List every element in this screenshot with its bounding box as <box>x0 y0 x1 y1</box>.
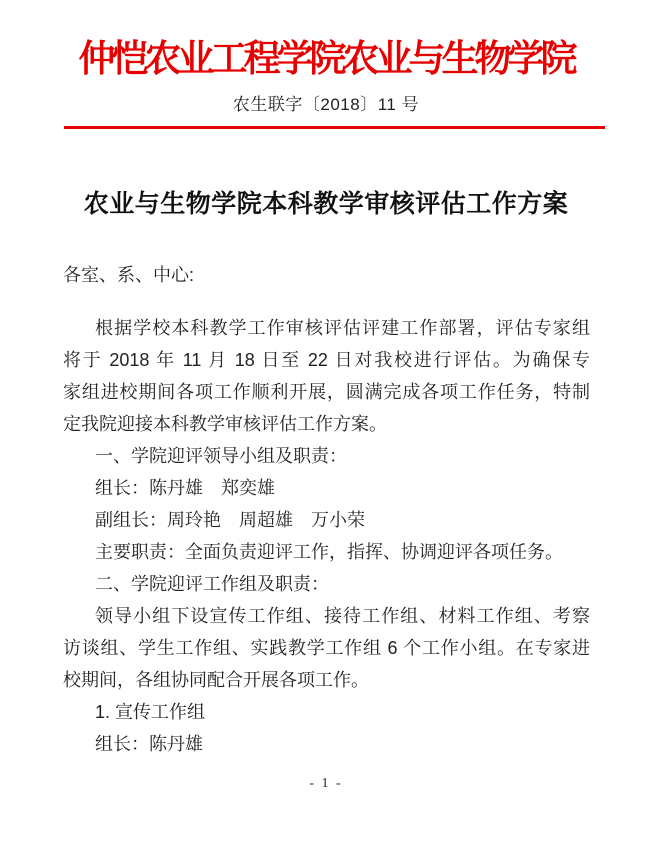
body-line: 根据学校本科教学工作审核评估评建工作部署，评估专家组 <box>63 312 590 344</box>
body-line-heading-2: 二、学院迎评工作组及职责： <box>63 568 590 600</box>
body-line: 校期间，各组协同配合开展各项工作。 <box>63 664 590 696</box>
body-line: 领导小组下设宣传工作组、接待工作组、材料工作组、考察 <box>63 600 590 632</box>
page-number: - 1 - <box>0 774 652 794</box>
document-title: 农业与生物学院本科教学审核评估工作方案 <box>0 189 652 219</box>
body-line-salutation: 各室、系、中心: <box>63 259 590 291</box>
body-line: 访谈组、学生工作组、实践教学工作组 6 个工作小组。在专家进 <box>63 632 590 664</box>
body-line: 将于 2018 年 11 月 18 日至 22 日对我校进行评估。为确保专 <box>63 344 590 376</box>
body-line: 组长：陈丹雄 郑奕雄 <box>63 472 590 504</box>
body-line: 定我院迎接本科教学审核评估工作方案。 <box>63 408 590 440</box>
red-separator-line <box>64 126 605 129</box>
agency-name-header: 仲恺农业工程学院农业与生物学院 <box>0 38 652 82</box>
document-number: 农生联字〔2018〕11 号 <box>0 94 652 116</box>
document-body: 各室、系、中心: 根据学校本科教学工作审核评估评建工作部署，评估专家组 将于 2… <box>63 259 590 760</box>
body-line: 主要职责：全面负责迎评工作，指挥、协调迎评各项任务。 <box>63 536 590 568</box>
body-line: 家组进校期间各项工作顺利开展，圆满完成各项工作任务，特制 <box>63 376 590 408</box>
body-line-heading-1: 一、学院迎评领导小组及职责： <box>63 440 590 472</box>
body-line: 副组长：周玲艳 周超雄 万小荣 <box>63 504 590 536</box>
body-line: 组长：陈丹雄 <box>63 728 590 760</box>
body-line-subheading: 1. 宣传工作组 <box>63 696 590 728</box>
document-page: 仲恺农业工程学院农业与生物学院 农生联字〔2018〕11 号 农业与生物学院本科… <box>0 0 652 841</box>
